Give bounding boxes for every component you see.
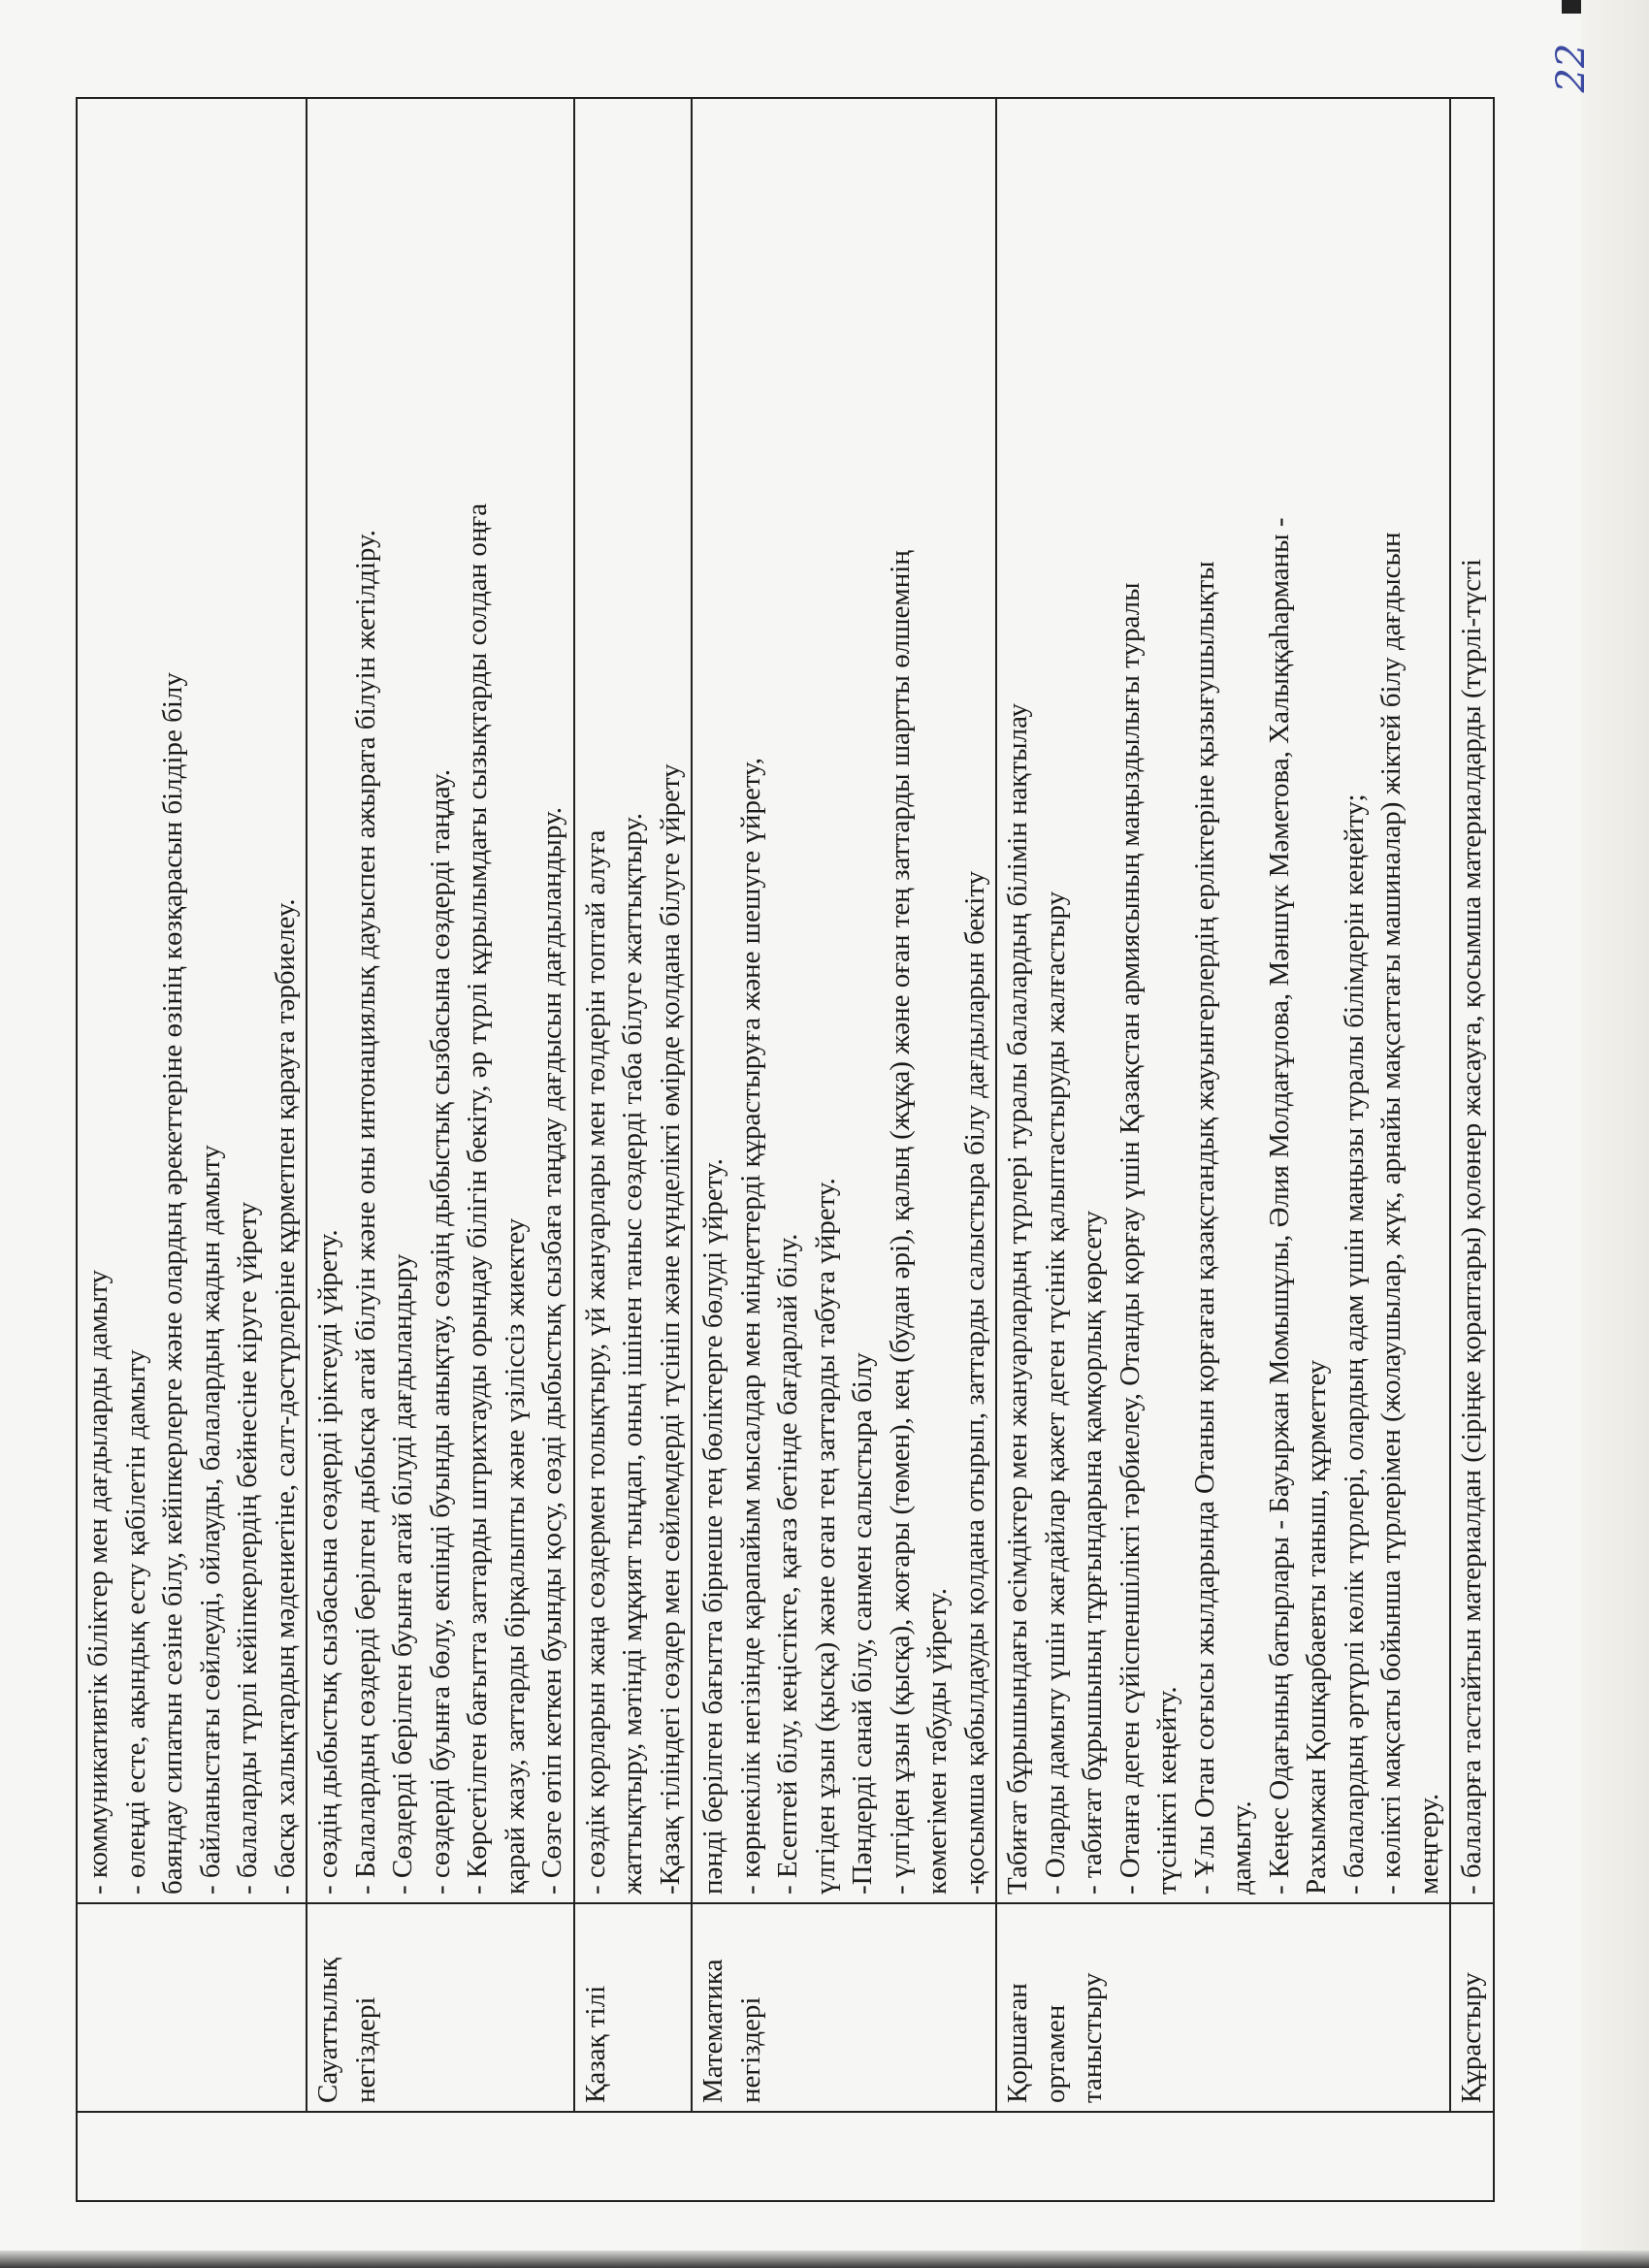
table-row: Сауаттылық негіздері - сөздің дыбыстық с… (307, 98, 574, 2201)
content-line: жаттықтыру, мәтінді мұқият тыңдап, оның … (614, 107, 652, 1895)
table-row: Қоршаған ортамен таныстыру Табиғат бұрыш… (996, 98, 1450, 2201)
subject-cell: Сауаттылық негіздері (307, 1903, 574, 2112)
content-line: көмегімен табуды үйрету. (919, 107, 956, 1895)
content-line: - Отанға деген сүйіспеншілікті тәрбиелеу… (1112, 107, 1149, 1895)
scan-artifact-bottom (0, 2251, 1649, 2268)
content-line: - Кеңес Одағының батырлары - Бауыржан Мо… (1261, 107, 1299, 1895)
content-line: Рахымжан Қошқарбаевты таныш, құрметтеу (1298, 107, 1336, 1895)
content-line: - Балалардың сөздерді берілген дыбысқа а… (347, 107, 385, 1895)
scan-artifact-right (1581, 0, 1649, 2268)
content-line: баяндау сипатын сезіне білу, кейіпкерлер… (154, 107, 192, 1895)
content-line: - Оларды дамыту үшін жағдайлар қажет дег… (1037, 107, 1075, 1895)
outer-column-cell (77, 2112, 1494, 2201)
content-line: - балаларға тастайтын материалдан (сірің… (1453, 107, 1491, 1895)
content-cell: - коммуникативтік біліктер мен дағдылард… (77, 98, 307, 1903)
content-cell: пәнді берілген бағытта бірнеше тең бөлік… (692, 98, 996, 1903)
content-line: пәнді берілген бағытта бірнеше тең бөлік… (695, 107, 732, 1895)
content-line: Табиғат бұрышындағы өсімдіктер мен жануа… (999, 107, 1037, 1895)
content-line: - табиғат бұрышының тұрғындарына қамқорл… (1074, 107, 1112, 1895)
content-line: түсінікті кеңейту. (1148, 107, 1186, 1895)
subject-cell: Құрастыру (1450, 1903, 1494, 2112)
table-row: - коммуникативтік біліктер мен дағдылард… (77, 98, 307, 2201)
content-line: - көрнекілік негізінде қарапайым мысалда… (732, 107, 770, 1895)
content-line: меңгеру. (1410, 107, 1448, 1895)
content-cell: - балаларға тастайтын материалдан (сірің… (1450, 98, 1494, 1903)
content-line: -Қазақ тіліндегі сөздер мен сөйлемдерді … (652, 107, 690, 1895)
content-line: - балаларды түрлі кейіпкерлердің бейнесі… (229, 107, 267, 1895)
subject-cell: Математика негіздері (692, 1903, 996, 2112)
rotated-document: - коммуникативтік біліктер мен дағдылард… (76, 97, 1458, 2202)
content-line: дамыту. (1223, 107, 1261, 1895)
content-line: - үлгіден ұзын (қысқа), жоғары (төмен), … (882, 107, 920, 1895)
content-line: - басқа халықтардың мәдениетіне, салт-дә… (267, 107, 305, 1895)
table-row: Қазақ тілі - сөздік қорларын жаңа сөздер… (574, 98, 693, 2201)
content-line: - Есептей білу, кеңістікте, қағаз бетінд… (769, 107, 807, 1895)
content-line: - сөздік қорларын жаңа сөздермен толықты… (577, 107, 615, 1895)
content-line: - көлікті мақсаты бойынша түрлерімен (жо… (1373, 107, 1410, 1895)
content-line: - Сөздерді берілген буынға атай білуді д… (384, 107, 422, 1895)
table-row: Математика негіздері пәнді берілген бағы… (692, 98, 996, 2201)
content-line: - Сөзге өтіп кеткен буынды қосу, сөзді д… (533, 107, 571, 1895)
curriculum-table: - коммуникативтік біліктер мен дағдылард… (76, 97, 1495, 2202)
content-line: - балалардың әртүрлі көлік түрлері, олар… (1336, 107, 1374, 1895)
content-line: -Пәндерді санай білу, санмен салыстыра б… (844, 107, 882, 1895)
content-line: - сөздің дыбыстық сызбасына сөздерді ірі… (309, 107, 347, 1895)
content-line: - өлеңді есте, ақындық есту қабілетін да… (117, 107, 155, 1895)
content-line: - Көрсетілген бағытта заттарды штрихтауд… (459, 107, 497, 1895)
table-row: Құрастыру - балаларға тастайтын материал… (1450, 98, 1494, 2201)
handwritten-page-number: 22 (1542, 39, 1600, 97)
subject-cell: Қоршаған ортамен таныстыру (996, 1903, 1450, 2112)
content-line: - сөздерді буынға бөлу, екпінді буынды а… (422, 107, 460, 1895)
content-cell: Табиғат бұрышындағы өсімдіктер мен жануа… (996, 98, 1450, 1903)
content-line: - коммуникативтік біліктер мен дағдылард… (80, 107, 117, 1895)
content-cell: - сөздік қорларын жаңа сөздермен толықты… (574, 98, 693, 1903)
content-line: -қосымша қабылдауды қолдана отырып, затт… (956, 107, 994, 1895)
content-line: қарай жазу, заттарды бірқалыпты және үзі… (497, 107, 534, 1895)
subject-cell (77, 1903, 307, 2112)
content-line: - Ұлы Отан соғысы жылдарында Отанын қорғ… (1186, 107, 1224, 1895)
content-line: үлгіден ұзын (қысқа) және оған тең затта… (807, 107, 845, 1895)
content-line: - байланыстағы сөйлеуді, ойлауды, балала… (192, 107, 230, 1895)
subject-cell: Қазақ тілі (574, 1903, 693, 2112)
content-cell: - сөздің дыбыстық сызбасына сөздерді ірі… (307, 98, 574, 1903)
